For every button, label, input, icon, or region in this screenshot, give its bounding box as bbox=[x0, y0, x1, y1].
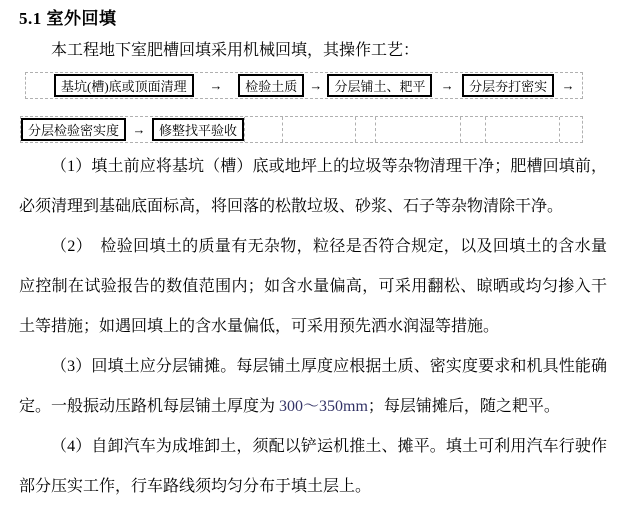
intro-paragraph: 本工程地下室肥槽回填采用机械回填，其操作工艺： bbox=[19, 36, 607, 66]
document-page: 5.1 室外回填 本工程地下室肥槽回填采用机械回填，其操作工艺： 基坑(槽)底或… bbox=[0, 0, 626, 505]
flow-step-cell: 检验土质 bbox=[238, 73, 304, 98]
flow-arrow-icon: → bbox=[304, 73, 327, 98]
flow-empty-cell bbox=[559, 117, 582, 142]
flow-arrow-icon: → bbox=[554, 73, 582, 98]
flow-step-box: 分层检验密实度 bbox=[21, 118, 126, 141]
flow-step-cell: 基坑(槽)底或顶面清理 bbox=[54, 73, 194, 98]
flow-empty-cell bbox=[244, 117, 282, 142]
flow-empty-cell bbox=[355, 117, 375, 142]
flow-empty-cell bbox=[26, 73, 54, 98]
flow-step-box: 分层夯打密实 bbox=[462, 74, 554, 97]
paragraph-2: （2） 检验回填土的质量有无杂物，粒径是否符合规定，以及回填土的含水量应控制在试… bbox=[19, 227, 607, 347]
flow-step-cell: 分层夯打密实 bbox=[462, 73, 554, 98]
flow-empty-cell bbox=[375, 117, 460, 142]
thickness-value: 300～350mm bbox=[279, 398, 368, 415]
paragraph-3: （3）回填土应分层铺摊。每层铺土厚度应根据土质、密实度要求和机具性能确定。一般振… bbox=[19, 347, 607, 427]
flow-empty-cell bbox=[282, 117, 355, 142]
flow-step-box: 分层铺土、耙平 bbox=[327, 74, 432, 97]
paragraph-4: （4）自卸汽车为成堆卸土，须配以铲运机推土、摊平。填土可利用汽车行驶作部分压实工… bbox=[19, 427, 607, 505]
flow-step-cell: 分层铺土、耙平 bbox=[327, 73, 432, 98]
flow-arrow-icon: → bbox=[432, 73, 462, 98]
paragraph-text: 自卸汽车为成堆卸土，须配以铲运机推土、摊平。填土可利用汽车行驶作部分压实工作，行… bbox=[19, 438, 607, 495]
flow-empty-cell bbox=[485, 117, 559, 142]
flow-empty-cell bbox=[460, 117, 485, 142]
paragraph-text: 填土前应将基坑（槽）底或地坪上的垃圾等杂物清理干净；肥槽回填前，必须清理到基础底… bbox=[19, 158, 607, 215]
paragraph-text: 检验回填土的质量有无杂物，粒径是否符合规定，以及回填土的含水量应控制在试验报告的… bbox=[19, 238, 607, 335]
flow-step-cell: 修整找平验收 bbox=[152, 117, 244, 142]
list-number: （4） bbox=[51, 438, 91, 455]
flowchart-row-2: 分层检验密实度 → 修整找平验收 bbox=[20, 116, 583, 143]
body-text: （1）填土前应将基坑（槽）底或地坪上的垃圾等杂物清理干净；肥槽回填前，必须清理到… bbox=[19, 147, 607, 505]
flow-arrow-icon: → bbox=[126, 117, 152, 142]
flow-step-box: 修整找平验收 bbox=[152, 118, 244, 141]
flow-step-box: 检验土质 bbox=[238, 74, 304, 97]
list-number: （3） bbox=[51, 358, 91, 375]
paragraph-text: ；每层铺摊后，随之耙平。 bbox=[368, 398, 560, 415]
flow-arrow-icon: → bbox=[194, 73, 239, 98]
flowchart-row-1: 基坑(槽)底或顶面清理 → 检验土质 → 分层铺土、耙平 → 分层夯打密实 → bbox=[25, 72, 583, 99]
flow-step-box: 基坑(槽)底或顶面清理 bbox=[54, 74, 194, 97]
section-heading: 5.1 室外回填 bbox=[19, 8, 607, 30]
paragraph-1: （1）填土前应将基坑（槽）底或地坪上的垃圾等杂物清理干净；肥槽回填前，必须清理到… bbox=[19, 147, 607, 227]
flow-step-cell: 分层检验密实度 bbox=[21, 117, 126, 142]
list-number: （2） bbox=[51, 238, 84, 255]
list-number: （1） bbox=[51, 158, 91, 175]
